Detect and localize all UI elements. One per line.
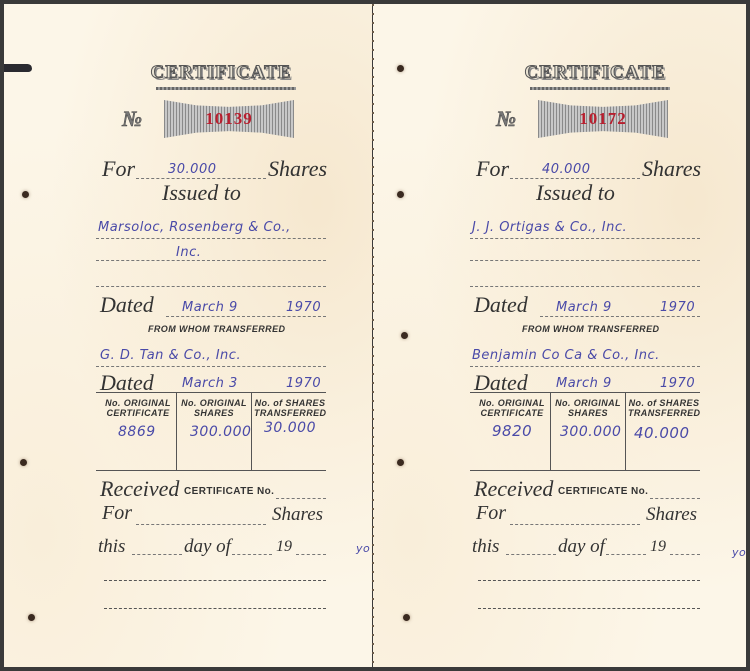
- dated-year: 1970: [286, 300, 321, 315]
- binding-hole: [397, 65, 404, 72]
- signature-line: [104, 608, 326, 609]
- transferred-from: G. D. Tan & Co., Inc.: [100, 348, 241, 363]
- field-line: [670, 554, 700, 555]
- margin-note: yo: [356, 542, 370, 555]
- table-divider: [176, 392, 177, 470]
- transferred-from: Benjamin Co Ca & Co., Inc.: [472, 348, 660, 363]
- dated-label: Dated: [474, 292, 528, 318]
- number-sign-icon: №: [496, 106, 516, 132]
- for-label: For: [476, 156, 509, 182]
- dated-value: March 9: [556, 300, 612, 315]
- certificate-number: 10139: [164, 109, 294, 129]
- received-label: Received: [474, 476, 553, 502]
- field-line: [606, 554, 646, 555]
- title-underline: [530, 87, 670, 90]
- dated2-value: March 9: [556, 376, 612, 391]
- certificate-right: CERTIFICATE № 10172 For 40.000 Shares Is…: [470, 62, 710, 622]
- binding-hole: [397, 459, 404, 466]
- dated-year: 1970: [660, 300, 695, 315]
- field-line: [136, 524, 266, 525]
- for2-label: For: [476, 502, 506, 525]
- dated-label: Dated: [100, 292, 154, 318]
- header-shares-transferred: No. of SHARES TRANSFERRED: [628, 398, 700, 418]
- field-line: [296, 554, 326, 555]
- binding-hole: [397, 191, 404, 198]
- field-line: [540, 316, 700, 317]
- issued-to-label: Issued to: [162, 180, 241, 206]
- table-top-rule: [96, 392, 326, 393]
- field-line: [276, 498, 326, 499]
- certificate-no-label: CERTIFICATE No.: [184, 486, 274, 497]
- issued-to-name: J. J. Ortigas & Co., Inc.: [472, 220, 627, 235]
- field-line: [470, 260, 700, 261]
- table-divider: [625, 392, 626, 470]
- binding-hole: [403, 614, 410, 621]
- field-line: [510, 178, 640, 179]
- number-sign-icon: №: [122, 106, 142, 132]
- header-original-shares: No. ORIGINAL SHARES: [180, 398, 248, 418]
- certificate-title: CERTIFICATE: [146, 62, 296, 86]
- field-line: [132, 554, 182, 555]
- field-line: [470, 366, 700, 367]
- perforation-line: [372, 4, 374, 667]
- certificate-title: CERTIFICATE: [520, 62, 670, 86]
- field-line: [470, 286, 700, 287]
- original-shares-value: 300.000: [560, 424, 621, 440]
- header-shares-transferred: No. of SHARES TRANSFERRED: [254, 398, 326, 418]
- original-shares-value: 300.000: [190, 424, 251, 440]
- binding-hole: [22, 191, 29, 198]
- binding-hole: [401, 332, 408, 339]
- dated2-year: 1970: [286, 376, 321, 391]
- binding-hole: [20, 459, 27, 466]
- issued-to-name: Marsoloc, Rosenberg & Co.,: [98, 220, 291, 235]
- certificate-left: CERTIFICATE № 10139 For 30.000 Shares Is…: [96, 62, 336, 622]
- dated-value: March 9: [182, 300, 238, 315]
- day-of-label: day of: [558, 536, 605, 558]
- table-top-rule: [470, 392, 700, 393]
- this-label: this: [472, 536, 499, 558]
- signature-line: [104, 580, 326, 581]
- field-line: [510, 524, 640, 525]
- field-line: [232, 554, 272, 555]
- header-original-shares: No. ORIGINAL SHARES: [554, 398, 622, 418]
- shares2-label: Shares: [272, 504, 323, 526]
- field-line: [96, 260, 326, 261]
- field-line: [166, 316, 326, 317]
- field-line: [96, 238, 326, 239]
- dated2-year: 1970: [660, 376, 695, 391]
- shares-count: 40.000: [542, 162, 591, 177]
- this-label: this: [98, 536, 125, 558]
- ink-smudge: [4, 64, 32, 72]
- issued-to-name-cont: Inc.: [176, 245, 201, 260]
- margin-note: yo: [732, 546, 746, 559]
- field-line: [136, 178, 266, 179]
- table-bottom-rule: [470, 470, 700, 471]
- shares-label: Shares: [268, 156, 327, 182]
- field-line: [470, 238, 700, 239]
- field-line: [96, 286, 326, 287]
- table-divider: [550, 392, 551, 470]
- binding-hole: [28, 614, 35, 621]
- from-whom-label: FROM WHOM TRANSFERRED: [522, 324, 659, 334]
- for2-label: For: [102, 502, 132, 525]
- received-label: Received: [100, 476, 179, 502]
- signature-line: [478, 608, 700, 609]
- header-original-certificate: No. ORIGINAL CERTIFICATE: [478, 398, 546, 418]
- table-bottom-rule: [96, 470, 326, 471]
- for-label: For: [102, 156, 135, 182]
- certificate-number: 10172: [538, 109, 668, 129]
- field-line: [506, 554, 556, 555]
- original-certificate-value: 8869: [118, 424, 156, 440]
- header-original-certificate: No. ORIGINAL CERTIFICATE: [104, 398, 172, 418]
- signature-line: [478, 580, 700, 581]
- year-prefix: 19: [650, 538, 666, 556]
- original-certificate-value: 9820: [492, 422, 532, 440]
- field-line: [650, 498, 700, 499]
- shares-count: 30.000: [168, 162, 217, 177]
- field-line: [96, 366, 326, 367]
- issued-to-label: Issued to: [536, 180, 615, 206]
- certificate-no-label: CERTIFICATE No.: [558, 486, 648, 497]
- shares2-label: Shares: [646, 504, 697, 526]
- year-prefix: 19: [276, 538, 292, 556]
- day-of-label: day of: [184, 536, 231, 558]
- shares-transferred-value: 30.000: [264, 420, 316, 436]
- from-whom-label: FROM WHOM TRANSFERRED: [148, 324, 285, 334]
- shares-label: Shares: [642, 156, 701, 182]
- title-underline: [156, 87, 296, 90]
- dated2-value: March 3: [182, 376, 238, 391]
- shares-transferred-value: 40.000: [634, 424, 690, 442]
